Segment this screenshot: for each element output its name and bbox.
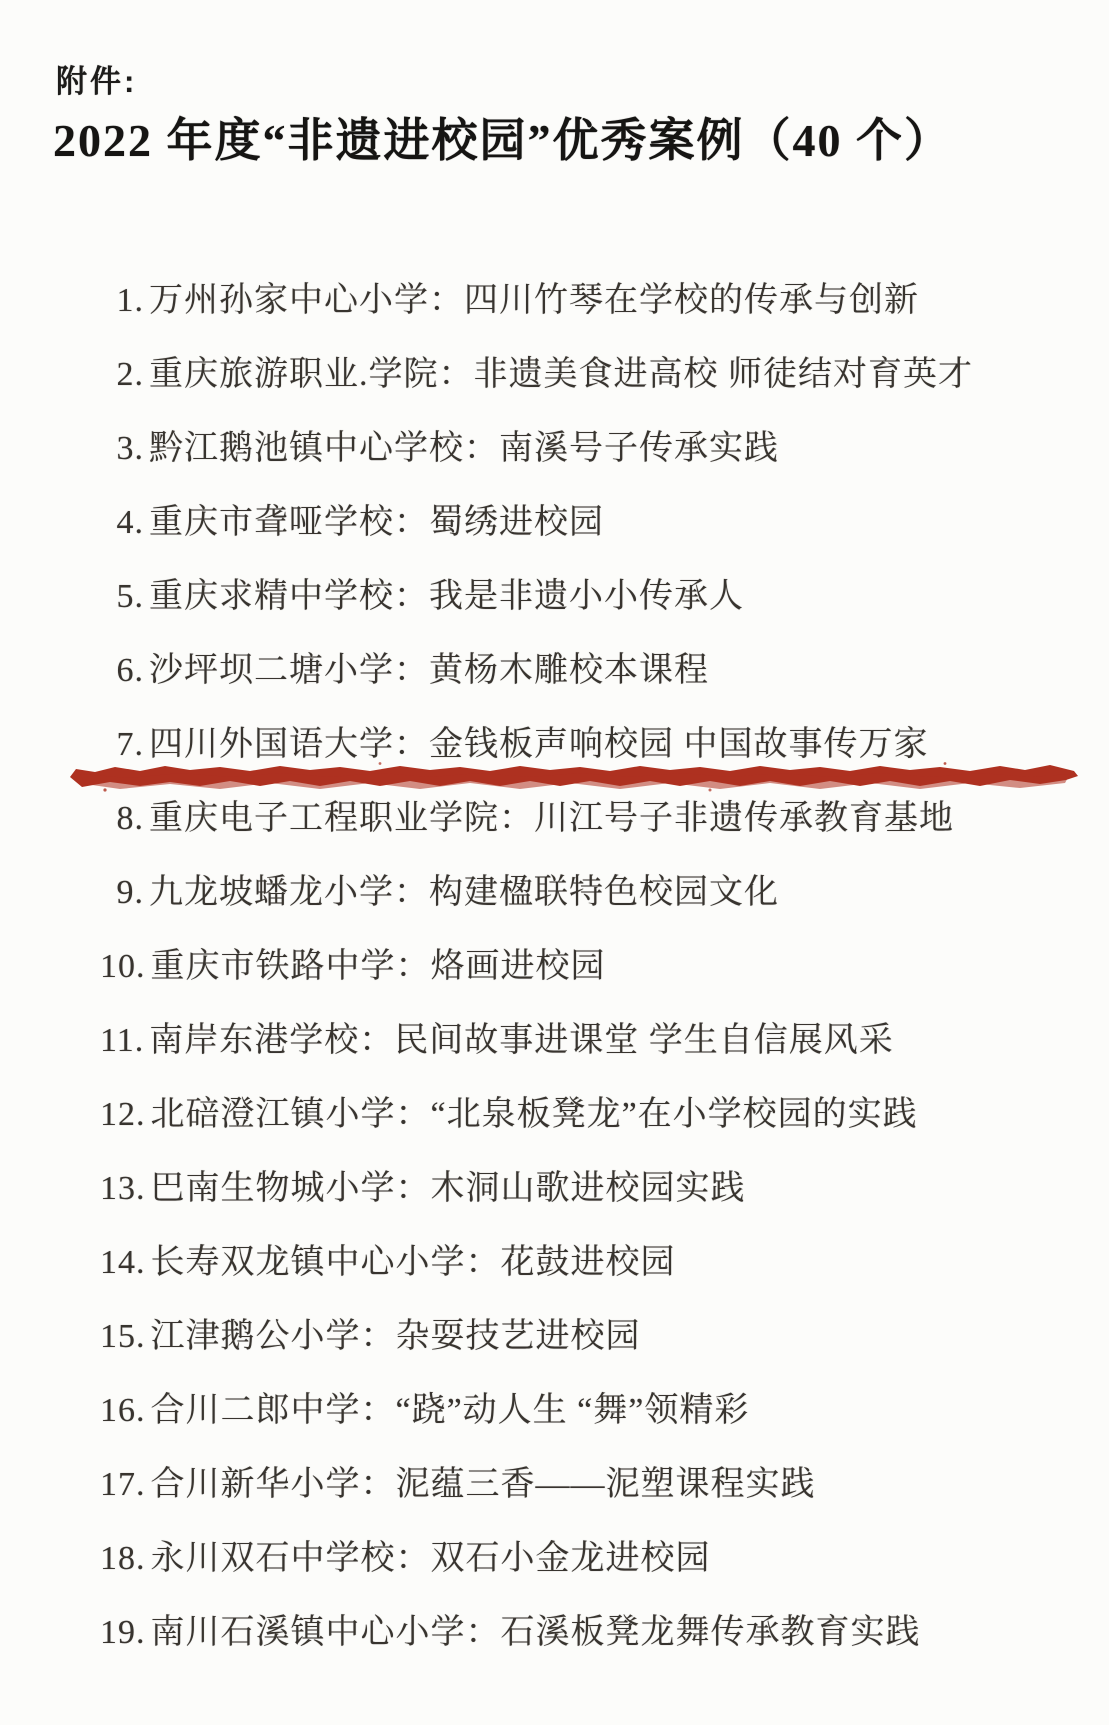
item-number: 12. bbox=[100, 1094, 146, 1136]
list-item: 17.合川新华小学：泥蕴三香——泥塑课程实践 bbox=[100, 1464, 973, 1538]
list-item: 15.江津鹅公小学：杂耍技艺进校园 bbox=[100, 1316, 973, 1390]
item-text: 重庆电子工程职业学院：川江号子非遗传承教育基地 bbox=[149, 800, 954, 837]
item-text: 沙坪坝二塘小学：黄杨木雕校本课程 bbox=[149, 652, 709, 689]
list-item: 12.北碚澄江镇小学：“北泉板凳龙”在小学校园的实践 bbox=[100, 1094, 973, 1168]
list-item: 10.重庆市铁路中学：烙画进校园 bbox=[100, 946, 973, 1020]
list-item: 1.万州孙家中心小学：四川竹琴在学校的传承与创新 bbox=[100, 280, 973, 354]
item-number: 19. bbox=[100, 1612, 146, 1654]
item-text: 九龙坡蟠龙小学：构建楹联特色校园文化 bbox=[149, 874, 779, 911]
page-title: 2022 年度“非遗进校园”优秀案例（40 个） bbox=[53, 104, 952, 170]
list-item-highlighted: 7.四川外国语大学：金钱板声响校园 中国故事传万家 bbox=[100, 724, 973, 798]
item-number: 10. bbox=[100, 946, 146, 988]
item-text: 重庆市铁路中学：烙画进校园 bbox=[151, 948, 606, 985]
item-text: 合川新华小学：泥蕴三香——泥塑课程实践 bbox=[151, 1466, 816, 1503]
red-marker-underline-icon bbox=[70, 761, 1082, 793]
list-item: 18.永川双石中学校：双石小金龙进校园 bbox=[100, 1538, 973, 1612]
item-number: 15. bbox=[100, 1316, 146, 1358]
list-item: 2.重庆旅游职业.学院：非遗美食进高校 师徒结对育英才 bbox=[100, 354, 973, 428]
item-number: 16. bbox=[100, 1390, 146, 1432]
item-text: 重庆市聋哑学校：蜀绣进校园 bbox=[149, 504, 604, 541]
item-number: 18. bbox=[100, 1538, 146, 1580]
item-number: 3. bbox=[100, 428, 144, 470]
item-number: 8. bbox=[100, 798, 144, 840]
item-number: 2. bbox=[100, 354, 144, 396]
list-item: 3.黔江鹅池镇中心学校：南溪号子传承实践 bbox=[100, 428, 973, 502]
attachment-label: 附件: bbox=[56, 56, 137, 101]
list-item: 4.重庆市聋哑学校：蜀绣进校园 bbox=[100, 502, 973, 576]
item-text: 北碚澄江镇小学：“北泉板凳龙”在小学校园的实践 bbox=[151, 1096, 918, 1133]
list-item: 11.南岸东港学校：民间故事进课堂 学生自信展风采 bbox=[100, 1020, 973, 1094]
list-item: 5.重庆求精中学校：我是非遗小小传承人 bbox=[100, 576, 973, 650]
list-item: 9.九龙坡蟠龙小学：构建楹联特色校园文化 bbox=[100, 872, 973, 946]
item-text: 长寿双龙镇中心小学：花鼓进校园 bbox=[151, 1244, 676, 1281]
item-text: 黔江鹅池镇中心学校：南溪号子传承实践 bbox=[149, 430, 779, 467]
item-number: 13. bbox=[100, 1168, 146, 1210]
item-text: 南岸东港学校：民间故事进课堂 学生自信展风采 bbox=[149, 1022, 894, 1059]
item-number: 7. bbox=[100, 724, 144, 766]
case-list: 1.万州孙家中心小学：四川竹琴在学校的传承与创新 2.重庆旅游职业.学院：非遗美… bbox=[100, 280, 973, 1686]
item-number: 5. bbox=[100, 576, 144, 618]
item-text: 重庆旅游职业.学院：非遗美食进高校 师徒结对育英才 bbox=[149, 356, 973, 393]
list-item: 6.沙坪坝二塘小学：黄杨木雕校本课程 bbox=[100, 650, 973, 724]
list-item: 8.重庆电子工程职业学院：川江号子非遗传承教育基地 bbox=[100, 798, 973, 872]
list-item: 19.南川石溪镇中心小学：石溪板凳龙舞传承教育实践 bbox=[100, 1612, 973, 1686]
item-number: 1. bbox=[100, 280, 144, 322]
list-item: 14.长寿双龙镇中心小学：花鼓进校园 bbox=[100, 1242, 973, 1316]
item-text: 四川外国语大学：金钱板声响校园 中国故事传万家 bbox=[149, 726, 929, 763]
item-number: 9. bbox=[100, 872, 144, 914]
list-item: 16.合川二郎中学：“跷”动人生 “舞”领精彩 bbox=[100, 1390, 973, 1464]
item-number: 11. bbox=[100, 1020, 144, 1062]
item-number: 4. bbox=[100, 502, 144, 544]
item-text: 重庆求精中学校：我是非遗小小传承人 bbox=[149, 578, 744, 615]
item-text: 万州孙家中心小学：四川竹琴在学校的传承与创新 bbox=[149, 282, 919, 319]
item-text: 合川二郎中学：“跷”动人生 “舞”领精彩 bbox=[151, 1392, 750, 1429]
item-number: 14. bbox=[100, 1242, 146, 1284]
item-text: 江津鹅公小学：杂耍技艺进校园 bbox=[151, 1318, 641, 1355]
document-page: 附件: 2022 年度“非遗进校园”优秀案例（40 个） 1.万州孙家中心小学：… bbox=[0, 0, 1109, 1725]
list-item: 13.巴南生物城小学：木洞山歌进校园实践 bbox=[100, 1168, 973, 1242]
item-number: 17. bbox=[100, 1464, 146, 1506]
item-number: 6. bbox=[100, 650, 144, 692]
item-text: 巴南生物城小学：木洞山歌进校园实践 bbox=[151, 1170, 746, 1207]
item-text: 南川石溪镇中心小学：石溪板凳龙舞传承教育实践 bbox=[151, 1614, 921, 1651]
item-text: 永川双石中学校：双石小金龙进校园 bbox=[151, 1540, 711, 1577]
